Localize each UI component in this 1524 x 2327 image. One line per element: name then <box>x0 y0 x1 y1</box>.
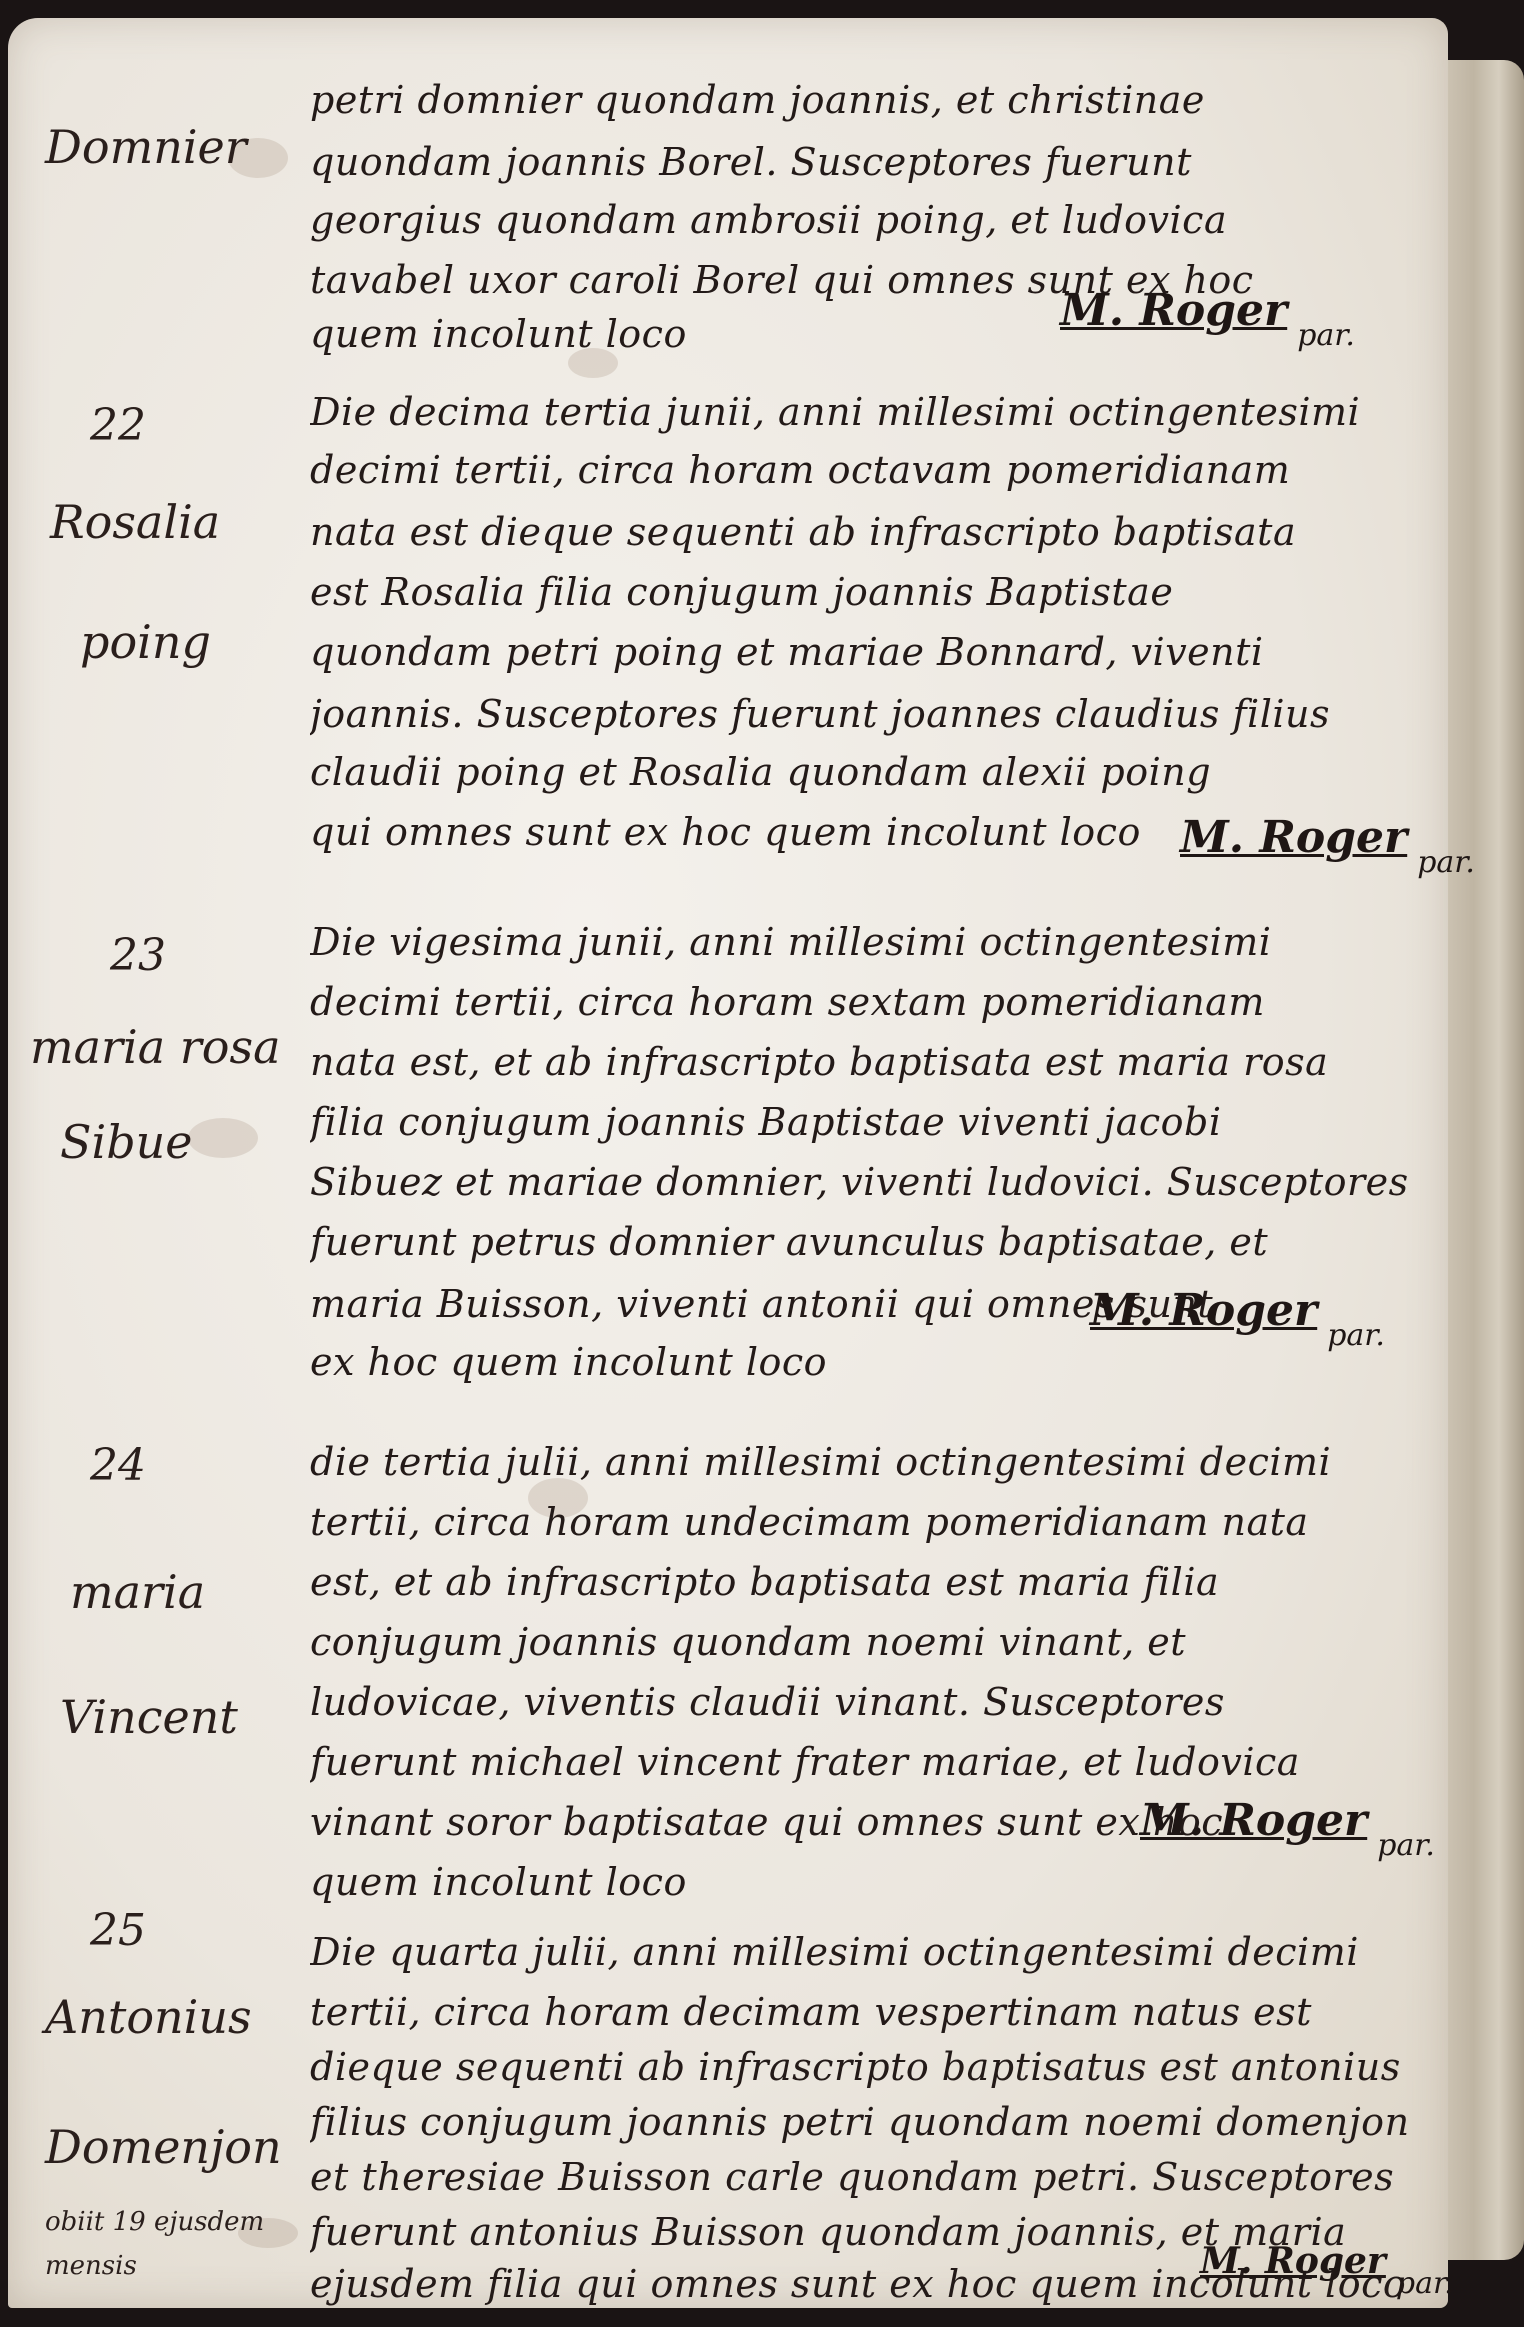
margin-surname: poing <box>80 615 211 669</box>
entry-number: 24 <box>90 1440 146 1491</box>
entry-line: filia conjugum joannis Baptistae viventi… <box>310 1100 1430 1144</box>
entry-line: fuerunt michael vincent frater mariae, e… <box>310 1740 1430 1784</box>
entry-number: 25 <box>90 1905 146 1956</box>
margin-surname: Domenjon <box>45 2120 282 2174</box>
signature-name: M. Roger <box>1140 1795 1367 1846</box>
entry-line: Die vigesima junii, anni millesimi octin… <box>310 920 1430 964</box>
signature-name: M. Roger <box>1180 812 1407 863</box>
entry-line: nata est dieque sequenti ab infrascripto… <box>310 510 1430 554</box>
parish-priest-signature: M. Rogerpar. <box>1060 285 1355 353</box>
entry-line: joannis. Susceptores fuerunt joannes cla… <box>310 692 1430 736</box>
signature-title: par. <box>1377 1828 1435 1863</box>
signature-title: par. <box>1327 1318 1385 1353</box>
entry-line: Sibuez et mariae domnier, viventi ludovi… <box>310 1160 1430 1204</box>
signature-name: M. Roger <box>1090 1285 1317 1336</box>
signature-title: par. <box>1396 2266 1454 2301</box>
margin-given-name: maria <box>70 1565 205 1619</box>
margin-surname: Vincent <box>60 1690 238 1744</box>
ink-stain <box>188 1118 258 1158</box>
margin-given-name: maria rosa <box>30 1020 281 1074</box>
entry-line: et theresiae Buisson carle quondam petri… <box>310 2155 1430 2199</box>
entry-line: tertii, circa horam decimam vespertinam … <box>310 1990 1430 2034</box>
entry-line: ludovicae, viventis claudii vinant. Susc… <box>310 1680 1430 1724</box>
entry-line: decimi tertii, circa horam octavam pomer… <box>310 448 1430 492</box>
signature-name: M. Roger <box>1060 285 1287 336</box>
entry-line: die tertia julii, anni millesimi octinge… <box>310 1440 1430 1484</box>
death-note: obiit 19 ejusdem mensis <box>45 2200 345 2288</box>
entry-line: fuerunt petrus domnier avunculus baptisa… <box>310 1220 1430 1264</box>
entry-line: petri domnier quondam joannis, et christ… <box>310 78 1430 122</box>
entry-line: conjugum joannis quondam noemi vinant, e… <box>310 1620 1430 1664</box>
parish-priest-signature: M. Rogerpar. <box>1140 1795 1435 1863</box>
entry-line: decimi tertii, circa horam sextam pomeri… <box>310 980 1430 1024</box>
entry-line: filius conjugum joannis petri quondam no… <box>310 2100 1430 2144</box>
signature-title: par. <box>1417 845 1475 880</box>
page-stack-edge <box>1440 60 1524 2260</box>
entry-line: quem incolunt loco <box>310 1860 1430 1904</box>
entry-line: est Rosalia filia conjugum joannis Bapti… <box>310 570 1430 614</box>
entry-line: tertii, circa horam undecimam pomeridian… <box>310 1500 1430 1544</box>
parish-priest-signature: M. Rogerpar. <box>1200 2240 1454 2301</box>
entry-line: dieque sequenti ab infrascripto baptisat… <box>310 2045 1430 2089</box>
entry-line: Die decima tertia junii, anni millesimi … <box>310 390 1430 434</box>
entry-line: claudii poing et Rosalia quondam alexii … <box>310 750 1430 794</box>
margin-surname: Sibue <box>60 1115 193 1169</box>
signature-name: M. Roger <box>1200 2240 1386 2282</box>
entry-line: Die quarta julii, anni millesimi octinge… <box>310 1930 1430 1974</box>
entry-line: quondam petri poing et mariae Bonnard, v… <box>310 630 1430 674</box>
signature-title: par. <box>1297 318 1355 353</box>
entry-line: georgius quondam ambrosii poing, et ludo… <box>310 198 1430 242</box>
entry-line: nata est, et ab infrascripto baptisata e… <box>310 1040 1430 1084</box>
entry-number: 23 <box>110 930 166 981</box>
entry-number: 22 <box>90 400 146 451</box>
margin-given-name: Rosalia <box>50 495 220 549</box>
entry-line: est, et ab infrascripto baptisata est ma… <box>310 1560 1430 1604</box>
parish-priest-signature: M. Rogerpar. <box>1180 812 1475 880</box>
margin-given-name: Antonius <box>45 1990 252 2044</box>
margin-surname: Domnier <box>45 120 247 174</box>
entry-line: quondam joannis Borel. Susceptores fueru… <box>310 140 1430 184</box>
parish-priest-signature: M. Rogerpar. <box>1090 1285 1385 1353</box>
